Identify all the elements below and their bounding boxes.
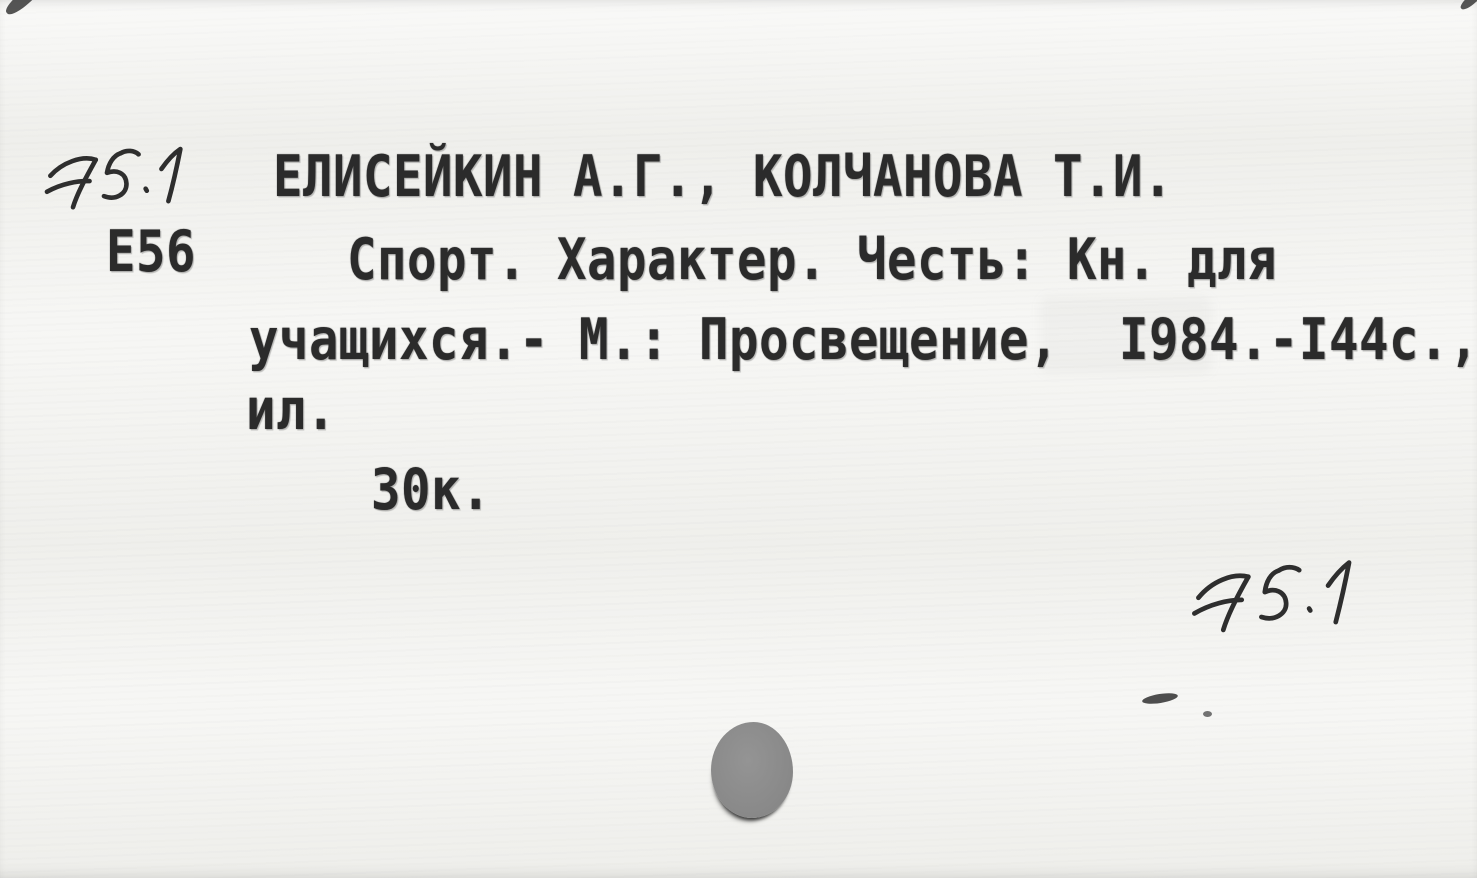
scan-corner-artifact-top-left	[3, 0, 44, 18]
author-mark: Е56	[106, 219, 196, 285]
description-line-2: учащихся.- М.: Просвещение, I984.-I44с.,	[249, 307, 1477, 373]
handwritten-call-number-top	[40, 129, 212, 222]
authors-heading: ЕЛИСЕЙКИН А.Г., КОЛЧАНОВА Т.И.	[273, 144, 1173, 210]
library-catalog-card: Е56 ЕЛИСЕЙКИН А.Г., КОЛЧАНОВА Т.И. Спорт…	[0, 0, 1477, 878]
scan-corner-artifact-top-right	[1458, 0, 1477, 12]
ink-speck	[1142, 691, 1179, 706]
handwritten-call-number-bottom	[1183, 536, 1394, 650]
description-line-1: Спорт. Характер. Честь: Кн. для	[347, 227, 1277, 293]
ink-speck	[1203, 711, 1212, 717]
price: 30к.	[371, 457, 491, 523]
description-line-3: ил.	[246, 377, 336, 443]
hole-punch	[711, 722, 793, 818]
